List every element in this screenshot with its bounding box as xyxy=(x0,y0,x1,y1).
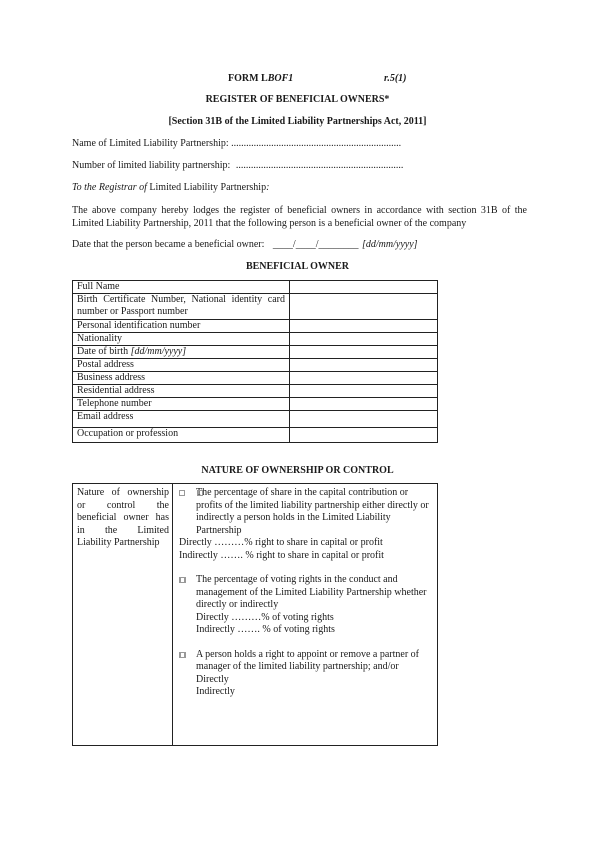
row-value-input[interactable] xyxy=(290,359,438,372)
llp-number-label: Number of limited liability partnership: xyxy=(72,160,230,171)
form-title: REGISTER OF BENEFICIAL OWNERS* xyxy=(0,94,595,105)
row-value-input[interactable] xyxy=(290,281,438,294)
option-text: A person holds a right to appoint or rem… xyxy=(196,649,431,674)
table-row: Postal address xyxy=(73,359,438,372)
table-row: Telephone number xyxy=(73,398,438,411)
beneficial-owner-table: Full NameBirth Certificate Number, Natio… xyxy=(72,280,438,443)
llp-name-dots[interactable]: ........................................… xyxy=(231,138,401,149)
table-row: Full Name xyxy=(73,281,438,294)
table-row: Nationality xyxy=(73,333,438,346)
table-row: Date of birth [dd/mm/yyyy] xyxy=(73,346,438,359)
sub-option-text: Directly ………% of voting rights xyxy=(196,612,334,623)
sub-option: Directly ………% right to share in capital … xyxy=(179,537,431,550)
option-text: The percentage of share in the capital c… xyxy=(196,487,431,537)
row-label: Email address xyxy=(73,411,290,428)
ownership-option: The percentage of voting rights in the c… xyxy=(179,574,431,637)
option-text: The percentage of voting rights in the c… xyxy=(196,574,431,612)
checkbox-icon[interactable] xyxy=(197,490,203,496)
date-format: [dd/mm/yyyy] xyxy=(362,239,418,250)
rule-reference: r.5(1) xyxy=(384,73,407,84)
ownership-table: Nature of ownership or control the benef… xyxy=(72,483,438,746)
sub-option-text: Indirectly ……. % of voting rights xyxy=(196,624,335,635)
ownership-heading: NATURE OF OWNERSHIP OR CONTROL xyxy=(0,465,595,476)
row-value-input[interactable] xyxy=(290,294,438,320)
llp-name-label: Name of Limited Liability Partnership: xyxy=(72,138,229,149)
statement-paragraph: The above company hereby lodges the regi… xyxy=(72,204,527,230)
row-value-input[interactable] xyxy=(290,411,438,428)
sub-option: Directly ………% of voting rights xyxy=(196,612,431,625)
row-value-input[interactable] xyxy=(290,333,438,346)
llp-name-field[interactable]: Name of Limited Liability Partnership: .… xyxy=(72,138,401,149)
sub-option: Indirectly ……. % of voting rights xyxy=(196,624,431,637)
row-label: Telephone number xyxy=(73,398,290,411)
date-became-owner[interactable]: Date that the person became a beneficial… xyxy=(72,239,418,250)
sub-option: Indirectly ……. % right to share in capit… xyxy=(179,550,431,563)
sub-option-text: Indirectly ……. % right to share in capit… xyxy=(179,550,384,561)
ownership-left-label: Nature of ownership or control the benef… xyxy=(73,484,173,746)
table-row: Occupation or profession xyxy=(73,428,438,443)
table-row: Email address xyxy=(73,411,438,428)
ownership-option: The percentage of share in the capital c… xyxy=(179,487,431,562)
checkbox-icon[interactable] xyxy=(180,577,186,583)
row-value-input[interactable] xyxy=(290,320,438,333)
row-label: Birth Certificate Number, National ident… xyxy=(73,294,290,320)
sub-option-text: Indirectly xyxy=(196,686,235,697)
row-label: Residential address xyxy=(73,385,290,398)
beneficial-owner-heading: BENEFICIAL OWNER xyxy=(0,261,595,272)
table-row: Business address xyxy=(73,372,438,385)
llp-number-field[interactable]: Number of limited liability partnership:… xyxy=(72,160,403,171)
row-value-input[interactable] xyxy=(290,428,438,443)
row-value-input[interactable] xyxy=(290,372,438,385)
row-label: Full Name xyxy=(73,281,290,294)
llp-number-dots[interactable]: ........................................… xyxy=(236,160,404,171)
row-label: Postal address xyxy=(73,359,290,372)
sub-option: Indirectly xyxy=(196,686,431,699)
checkbox-icon[interactable] xyxy=(179,490,185,496)
form-id: FORM LBOF1 xyxy=(228,73,293,84)
row-value-input[interactable] xyxy=(290,346,438,359)
row-value-input[interactable] xyxy=(290,398,438,411)
table-row: Residential address xyxy=(73,385,438,398)
row-label: Date of birth [dd/mm/yyyy] xyxy=(73,346,290,359)
row-label: Nationality xyxy=(73,333,290,346)
row-value-input[interactable] xyxy=(290,385,438,398)
row-label: Business address xyxy=(73,372,290,385)
ownership-option: A person holds a right to appoint or rem… xyxy=(179,649,431,699)
row-label: Occupation or profession xyxy=(73,428,290,443)
sub-option-text: Directly ………% right to share in capital … xyxy=(179,537,383,548)
table-row: Personal identification number xyxy=(73,320,438,333)
registrar-line: To the Registrar of Limited Liability Pa… xyxy=(72,182,269,193)
checkbox-icon[interactable] xyxy=(180,652,186,658)
sub-option-text: Directly xyxy=(196,674,229,685)
sub-option: Directly xyxy=(196,674,431,687)
form-subtitle: [Section 31B of the Limited Liability Pa… xyxy=(0,116,595,127)
date-blanks[interactable]: ____/____/________ xyxy=(273,239,359,250)
ownership-options: The percentage of share in the capital c… xyxy=(173,484,438,746)
row-label: Personal identification number xyxy=(73,320,290,333)
table-row: Birth Certificate Number, National ident… xyxy=(73,294,438,320)
date-label: Date that the person became a beneficial… xyxy=(72,239,264,250)
